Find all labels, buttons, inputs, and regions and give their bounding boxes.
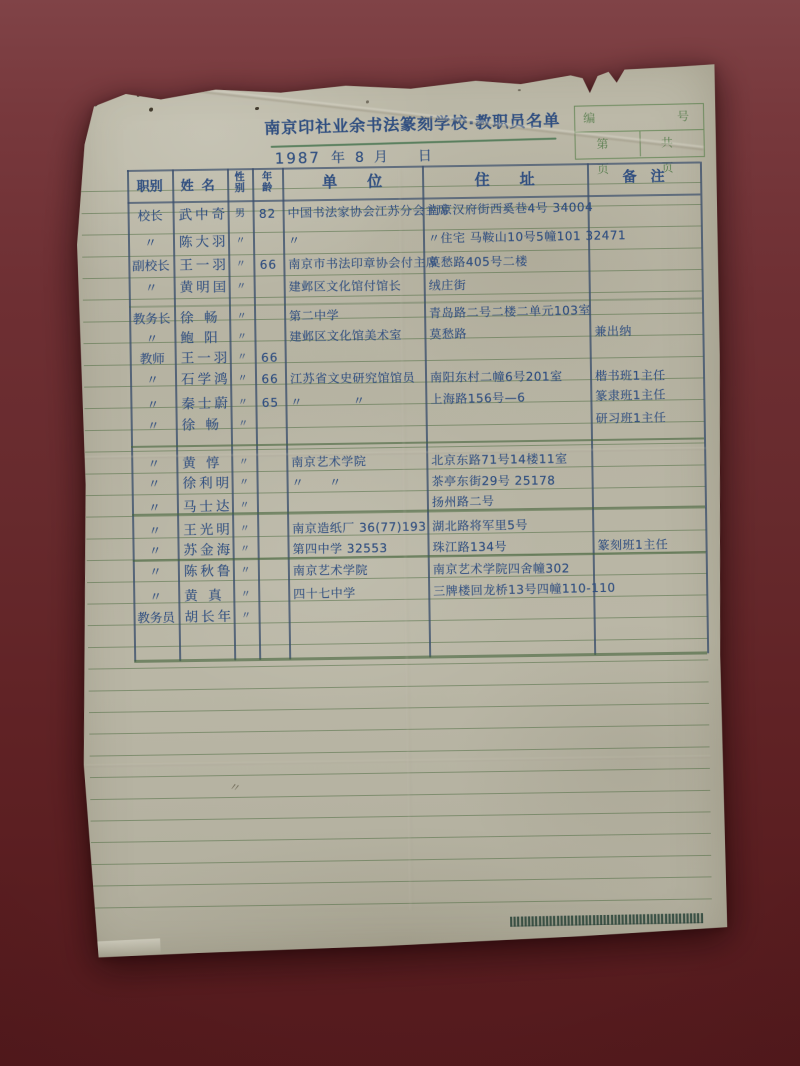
paper-speck (518, 89, 521, 91)
cell-note (589, 297, 702, 299)
cell-age (258, 605, 288, 606)
cell-role: 教务员 (133, 607, 178, 630)
cell-address: 绒庄街 (424, 273, 589, 296)
cell-gender: 〃 (232, 495, 257, 518)
cell-age: 66 (255, 346, 285, 368)
header-gender: 性别 (227, 170, 252, 194)
cell-role: 〃 (131, 415, 176, 438)
date-month-label: 月 (374, 146, 390, 166)
table-horizontal-line (131, 437, 704, 447)
cell-role: 〃 (133, 586, 178, 609)
date-year: 1987 (275, 149, 322, 168)
cell-address: 珠江路134号 (427, 534, 592, 558)
cell-age (256, 413, 286, 414)
cell-role: 〃 (130, 394, 175, 417)
date-day-label: 日 (418, 145, 434, 165)
number-box: 编 号 第 页 共 页 (574, 103, 705, 160)
cell-name: 陈大羽 (173, 231, 228, 254)
cell-note: 兼出纳 (589, 319, 702, 343)
cell-age (258, 583, 288, 584)
header-address: 住 址 (422, 167, 587, 190)
cell-address: 扬州路二号 (427, 488, 592, 513)
cell-address: 三牌楼回龙桥13号四幢110-110 (428, 577, 593, 602)
cell-role: 〃 (132, 497, 177, 520)
cell-name: 徐 畅 (176, 414, 231, 437)
cell-gender: 〃 (230, 392, 255, 415)
paper-sheet: 南京印社业余书法篆刻学校·教职员名单 1987年8月日 编 号 第 页 共 页 (65, 55, 728, 963)
cell-role: 〃 (133, 561, 178, 583)
cell-gender: 〃 (230, 347, 255, 369)
cell-name: 黄 真 (178, 585, 233, 608)
cell-address: 南京汉府街西奚巷4号 34004 (422, 196, 587, 221)
cell-gender: 〃 (229, 326, 254, 348)
cell-name: 徐利明 (177, 472, 232, 494)
header-name: 姓名 (172, 174, 227, 194)
paper-speck (137, 94, 140, 97)
cell-name: 王一羽 (175, 347, 230, 370)
cell-address: 〃住宅 马鞍山10号5幢101 32471 (423, 225, 588, 250)
cell-gender: 〃 (233, 584, 258, 607)
cell-name: 秦士蔚 (175, 393, 230, 416)
cell-role: 〃 (132, 473, 177, 495)
date-year-label: 年 (331, 147, 347, 167)
header-role: 职别 (127, 175, 172, 195)
cell-gender: 〃 (228, 230, 253, 252)
cell-name: 马士达 (177, 496, 232, 519)
cell-role: 〃 (132, 540, 177, 563)
cell-age: 65 (255, 391, 285, 414)
cell-age: 66 (255, 368, 285, 390)
cell-note: 篆隶班1主任 (590, 383, 703, 407)
cell-age (253, 230, 283, 231)
staff-table: 职别 姓名 性别 年龄 单 位 住 址 备 注 校长武中奇男82中国书法家协会江… (127, 161, 707, 661)
cell-note (588, 248, 701, 249)
cell-gender: 〃 (231, 413, 256, 435)
number-suffix: 号 (677, 104, 690, 129)
cell-gender: 〃 (232, 539, 257, 561)
cell-name: 胡长年 (178, 606, 233, 629)
date-month: 8 (355, 150, 366, 166)
cell-note (589, 272, 702, 273)
cell-role: 教师 (130, 348, 175, 371)
header-age: 年龄 (252, 170, 282, 194)
number-label: 编 (583, 106, 596, 131)
cell-age (257, 518, 287, 519)
cell-address: 莫愁路405号二楼 (423, 249, 588, 273)
cell-name: 武中奇 (172, 204, 227, 227)
cell-note (593, 556, 706, 557)
cell-role: 〃 (130, 369, 175, 391)
cell-note (592, 511, 705, 513)
header-note: 备 注 (587, 165, 700, 187)
cell-note (591, 468, 704, 469)
number-box-row1: 编 号 (575, 104, 703, 132)
cell-role: 〃 (129, 277, 174, 299)
cell-age (254, 326, 284, 327)
cell-age: 82 (252, 202, 282, 225)
cell-gender: 〃 (229, 306, 254, 329)
cell-gender: 〃 (232, 518, 257, 540)
photo-of-document: 南京印社业余书法篆刻学校·教职员名单 1987年8月日 编 号 第 页 共 页 (0, 0, 800, 1066)
cell-address: 上海路156号—6 (425, 385, 590, 410)
cell-gender: 〃 (230, 368, 255, 390)
paper-surface: 南京印社业余书法篆刻学校·教职员名单 1987年8月日 编 号 第 页 共 页 (65, 55, 728, 963)
cell-name: 苏金海 (177, 539, 232, 562)
cell-note: 篆刻班1主任 (592, 533, 705, 556)
paper-speck (366, 100, 369, 103)
cell-role: 〃 (128, 232, 173, 255)
cell-gender: 〃 (228, 254, 253, 276)
paper-speck (255, 107, 259, 110)
cell-age (257, 494, 287, 495)
cell-name: 黄明囯 (174, 276, 229, 298)
printer-imprint-strip (510, 913, 703, 927)
table-row: 〃黄明囯〃建邺区文化馆付馆长绒庄街 (129, 272, 702, 299)
cell-gender: 男 (227, 203, 252, 226)
cell-name: 石学鸿 (175, 368, 230, 390)
cell-gender: 〃 (233, 605, 258, 627)
cell-role: 副校长 (128, 255, 173, 278)
paper-speck (92, 101, 98, 106)
cell-note (588, 223, 701, 225)
cell-name: 王一羽 (173, 254, 228, 277)
cell-gender: 〃 (229, 276, 254, 298)
cell-gender: 〃 (233, 560, 258, 582)
cell-name: 陈秋鲁 (178, 560, 233, 582)
cell-age (254, 305, 284, 306)
bottom-left-fold (90, 938, 161, 957)
cell-note: 研习班1主任 (590, 406, 703, 430)
paper-speck (149, 108, 153, 112)
cell-role: 校长 (127, 205, 172, 228)
cell-gender: 〃 (232, 472, 257, 494)
cell-age: 66 (253, 253, 283, 275)
